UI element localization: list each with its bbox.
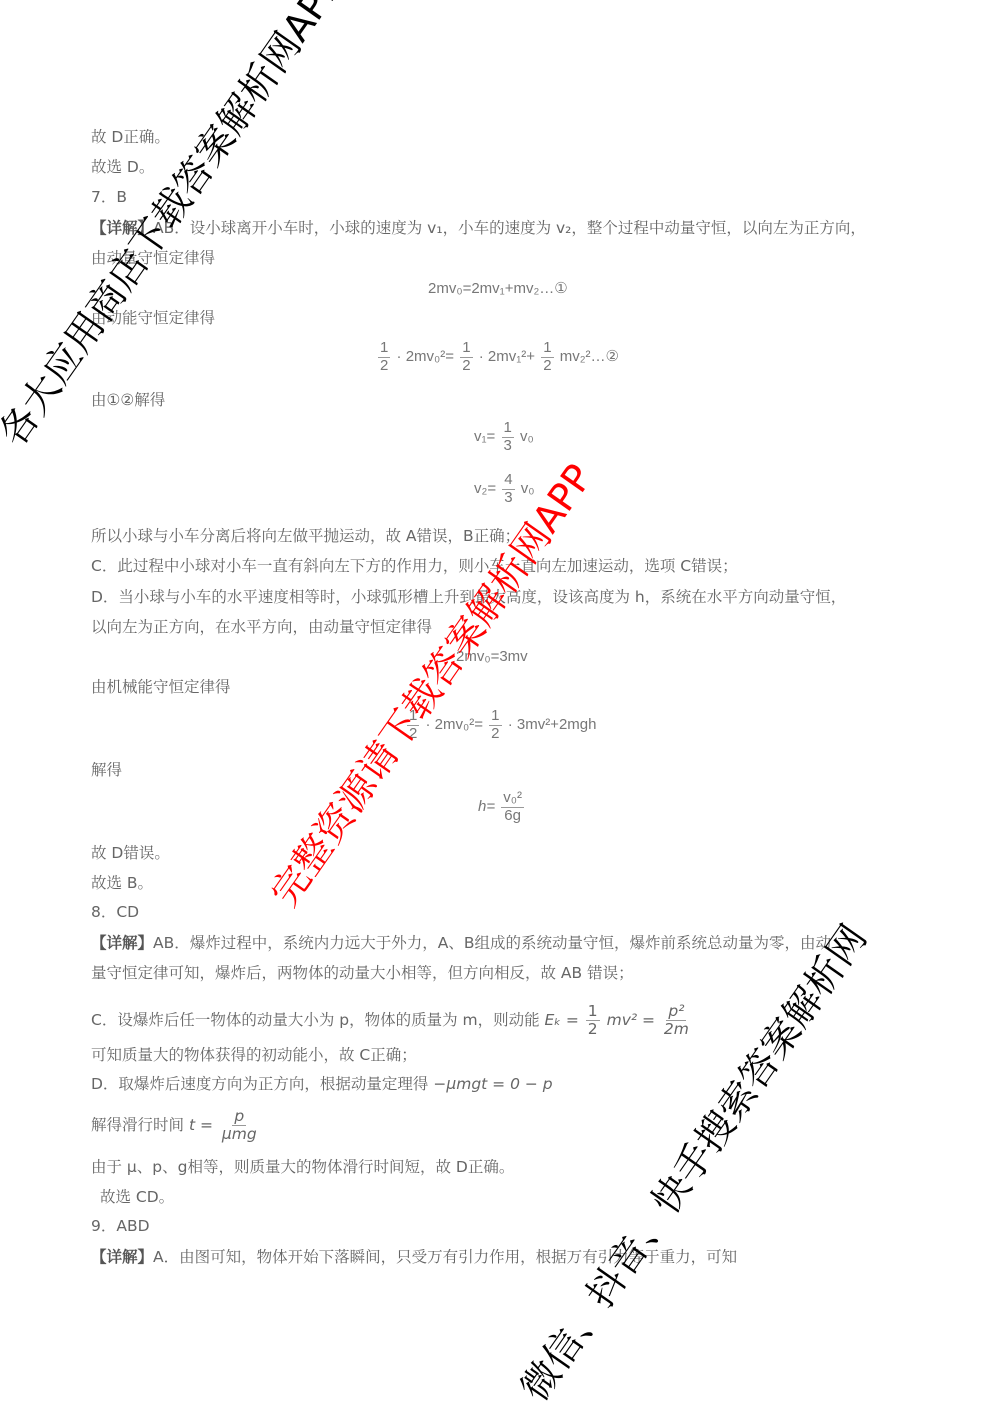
text-line: 解得滑行时间 t = pμmg xyxy=(91,1108,261,1143)
text-line: C．此过程中小球对小车一直有斜向左下方的作用力，则小车一直向左加速运动，选项 C… xyxy=(91,556,738,576)
text-line: C．设爆炸后任一物体的动量大小为 p，物体的质量为 m，则动能 Eₖ = 12 … xyxy=(91,1003,693,1038)
watermark-center-red: 完整资源请下载答案解析网APP xyxy=(255,451,603,915)
equation-7: h= v₀²6g xyxy=(478,790,526,824)
text-line: 故选 B。 xyxy=(91,873,153,893)
text-line: 由机械能守恒定律得 xyxy=(91,677,231,697)
text-line: 故选 D。 xyxy=(91,157,154,177)
question-number: 7．B xyxy=(91,187,127,207)
equation-3: v₁= 13 v₀ xyxy=(474,420,534,454)
text-line: 由于 μ、p、g相等，则质量大的物体滑行时间短，故 D正确。 xyxy=(91,1157,514,1177)
text-line: 故选 CD。 xyxy=(100,1187,174,1207)
text-line: 解得 xyxy=(91,760,122,780)
text-line: 【详解】AB．设小球离开小车时，小球的速度为 v₁，小车的速度为 v₂，整个过程… xyxy=(91,218,866,238)
question-number: 8．CD xyxy=(91,902,139,922)
text-line: 可知质量大的物体获得的初动能小，故 C正确； xyxy=(91,1045,417,1065)
text-line: 【详解】AB．爆炸过程中，系统内力远大于外力，A、B组成的系统动量守恒，爆炸前系… xyxy=(91,933,831,953)
text-line: 由①②解得 xyxy=(91,390,165,410)
text-line: 所以小球与小车分离后将向左做平抛运动，故 A错误，B正确； xyxy=(91,526,520,546)
text-line: D．取爆炸后速度方向为正方向，根据动量定理得 −μmgt = 0 − p xyxy=(91,1074,553,1094)
detail-tag: 【详解】 xyxy=(91,1248,153,1266)
text-line: 故 D错误。 xyxy=(91,843,170,863)
text-line: 以向左为正方向，在水平方向，由动量守恒定律得 xyxy=(91,617,432,637)
text-line: 故 D正确。 xyxy=(91,127,170,147)
watermark-bottom-right: 微信、抖音、快手搜索答案解析网 xyxy=(505,912,877,1410)
equation-2: 12 · 2mv₀²= 12 · 2mv₁²+ 12 mv₂²…② xyxy=(376,340,619,374)
question-number: 9．ABD xyxy=(91,1216,150,1236)
detail-tag: 【详解】 xyxy=(91,934,153,952)
equation-1: 2mv₀=2mv₁+mv₂…① xyxy=(428,279,568,297)
text-line: 量守恒定律可知，爆炸后，两物体的动量大小相等，但方向相反，故 AB 错误； xyxy=(91,963,634,983)
